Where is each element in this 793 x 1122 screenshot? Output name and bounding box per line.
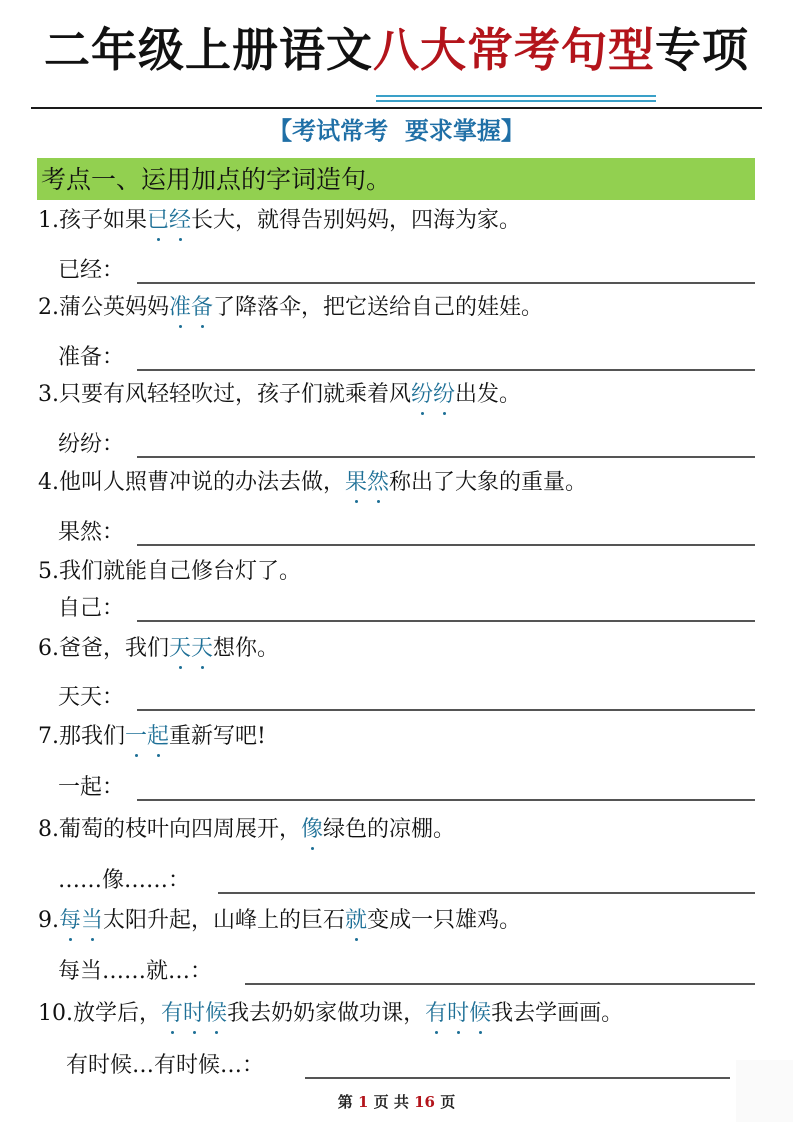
emphasis-dot-char: 天 <box>191 634 213 664</box>
question-sentence: 3.只要有风轻轻吹过，孩子们就乘着风纷纷出发。 <box>38 380 521 410</box>
question-sentence: 5.我们就能自己修台灯了。 <box>38 557 301 587</box>
sentence-text: 我去学画画。 <box>491 1001 623 1026</box>
question-sentence: 8.葡萄的枝叶向四周展开，像绿色的凉棚。 <box>38 815 455 845</box>
dotted-keyword: 一起 <box>125 724 169 749</box>
footer-suffix: 页 <box>435 1093 455 1111</box>
dotted-keyword: 纷纷 <box>411 382 455 407</box>
question-number: 10. <box>38 1001 73 1026</box>
answer-label: 天天： <box>58 683 124 713</box>
answer-label: ……像……： <box>58 866 190 896</box>
title-prefix: 二年级上册语文 <box>44 23 373 77</box>
sentence-text: 他叫人照曹冲说的办法去做， <box>59 470 345 495</box>
title-highlight: 八大常考句型 <box>373 23 655 77</box>
sentence-text: 只要有风轻轻吹过，孩子们就乘着风 <box>59 382 411 407</box>
emphasis-dot-char: 然 <box>367 468 389 498</box>
emphasis-dot-char: 候 <box>205 999 227 1029</box>
sentence-text: 我去奶奶家做功课， <box>227 1001 425 1026</box>
emphasis-dot-char: 当 <box>81 906 103 936</box>
sentence-text: 称出了大象的重量。 <box>389 470 587 495</box>
answer-blank-line[interactable] <box>137 620 755 622</box>
sentence-text: 太阳升起，山峰上的巨石 <box>103 908 345 933</box>
answer-blank-line[interactable] <box>137 282 755 284</box>
question-sentence: 6.爸爸，我们天天想你。 <box>38 634 279 664</box>
emphasis-dot-char: 有 <box>425 999 447 1029</box>
sentence-text: 长大，就得告别妈妈，四海为家。 <box>191 208 521 233</box>
emphasis-dot-char: 时 <box>183 999 205 1029</box>
emphasis-dot-char: 准 <box>169 293 191 323</box>
question-number: 2. <box>38 295 59 320</box>
dotted-keyword: 果然 <box>345 470 389 495</box>
answer-label: 每当……就…： <box>58 957 212 987</box>
sentence-text: 重新写吧! <box>169 724 266 749</box>
emphasis-dot-char: 时 <box>447 999 469 1029</box>
answer-blank-line[interactable] <box>218 892 755 894</box>
dotted-keyword: 每当 <box>59 908 103 933</box>
dotted-keyword: 天天 <box>169 636 213 661</box>
emphasis-dot-char: 果 <box>345 468 367 498</box>
question-number: 3. <box>38 382 59 407</box>
sentence-text: 蒲公英妈妈 <box>59 295 169 320</box>
page-footer: 第 1 页 共 16 页 <box>0 1091 793 1113</box>
sentence-text: 想你。 <box>213 636 279 661</box>
emphasis-dot-char: 有 <box>161 999 183 1029</box>
question-sentence: 4.他叫人照曹冲说的办法去做，果然称出了大象的重量。 <box>38 468 587 498</box>
answer-label: 已经： <box>58 256 124 286</box>
emphasis-dot-char: 就 <box>345 906 367 936</box>
dotted-keyword: 有时候 <box>425 1001 491 1026</box>
answer-blank-line[interactable] <box>137 456 755 458</box>
answer-label: 自己： <box>58 594 124 624</box>
question-number: 1. <box>38 208 59 233</box>
answer-blank-line[interactable] <box>305 1077 730 1079</box>
sentence-text: 那我们 <box>59 724 125 749</box>
dotted-keyword: 就 <box>345 908 367 933</box>
corner-shade <box>736 1060 793 1122</box>
page-title: 二年级上册语文八大常考句型专项 <box>0 22 793 78</box>
answer-label: 果然： <box>58 518 124 548</box>
emphasis-dot-char: 候 <box>469 999 491 1029</box>
sentence-text: 我们就能自己修台灯了。 <box>59 559 301 584</box>
emphasis-dot-char: 一 <box>125 722 147 752</box>
question-number: 7. <box>38 724 59 749</box>
sentence-text: 放学后， <box>73 1001 161 1026</box>
answer-label: 一起： <box>58 773 124 803</box>
question-number: 5. <box>38 559 59 584</box>
dotted-keyword: 像 <box>301 817 323 842</box>
answer-label: 有时候…有时候…： <box>66 1051 264 1081</box>
answer-blank-line[interactable] <box>245 983 755 985</box>
question-sentence: 2.蒲公英妈妈准备了降落伞，把它送给自己的娃娃。 <box>38 293 543 323</box>
question-sentence: 9.每当太阳升起，山峰上的巨石就变成一只雄鸡。 <box>38 906 521 936</box>
total-page-count: 16 <box>414 1093 435 1111</box>
sentence-text: 孩子如果 <box>59 208 147 233</box>
title-double-underline <box>376 95 656 102</box>
answer-blank-line[interactable] <box>137 369 755 371</box>
dotted-keyword: 已经 <box>147 208 191 233</box>
question-number: 6. <box>38 636 59 661</box>
answer-label: 纷纷： <box>58 430 124 460</box>
sentence-text: 出发。 <box>455 382 521 407</box>
question-number: 9. <box>38 908 59 933</box>
header-divider <box>31 107 762 109</box>
sentence-text: 爸爸，我们 <box>59 636 169 661</box>
sentence-text: 了降落伞，把它送给自己的娃娃。 <box>213 295 543 320</box>
emphasis-dot-char: 纷 <box>411 380 433 410</box>
sentence-text: 变成一只雄鸡。 <box>367 908 521 933</box>
answer-label: 准备： <box>58 343 124 373</box>
emphasis-dot-char: 经 <box>169 206 191 236</box>
emphasis-dot-char: 纷 <box>433 380 455 410</box>
footer-prefix: 第 <box>338 1093 358 1111</box>
title-suffix: 专项 <box>655 23 749 77</box>
sentence-text: 绿色的凉棚。 <box>323 817 455 842</box>
emphasis-dot-char: 已 <box>147 206 169 236</box>
question-number: 8. <box>38 817 59 842</box>
emphasis-dot-char: 每 <box>59 906 81 936</box>
emphasis-dot-char: 起 <box>147 722 169 752</box>
sentence-text: 葡萄的枝叶向四周展开， <box>59 817 301 842</box>
answer-blank-line[interactable] <box>137 544 755 546</box>
dotted-keyword: 有时候 <box>161 1001 227 1026</box>
current-page-number: 1 <box>358 1093 368 1111</box>
section-title: 考点一、运用加点的字词造句。 <box>41 160 391 200</box>
dotted-keyword: 准备 <box>169 295 213 320</box>
question-number: 4. <box>38 470 59 495</box>
answer-blank-line[interactable] <box>137 799 755 801</box>
emphasis-dot-char: 天 <box>169 634 191 664</box>
subtitle: 【考试常考 要求掌握】 <box>0 113 793 149</box>
question-sentence: 1.孩子如果已经长大，就得告别妈妈，四海为家。 <box>38 206 521 236</box>
question-sentence: 10.放学后，有时候我去奶奶家做功课，有时候我去学画画。 <box>38 999 623 1029</box>
footer-middle: 页 共 <box>368 1093 414 1111</box>
question-sentence: 7.那我们一起重新写吧! <box>38 722 266 752</box>
emphasis-dot-char: 像 <box>301 815 323 845</box>
emphasis-dot-char: 备 <box>191 293 213 323</box>
answer-blank-line[interactable] <box>137 709 755 711</box>
